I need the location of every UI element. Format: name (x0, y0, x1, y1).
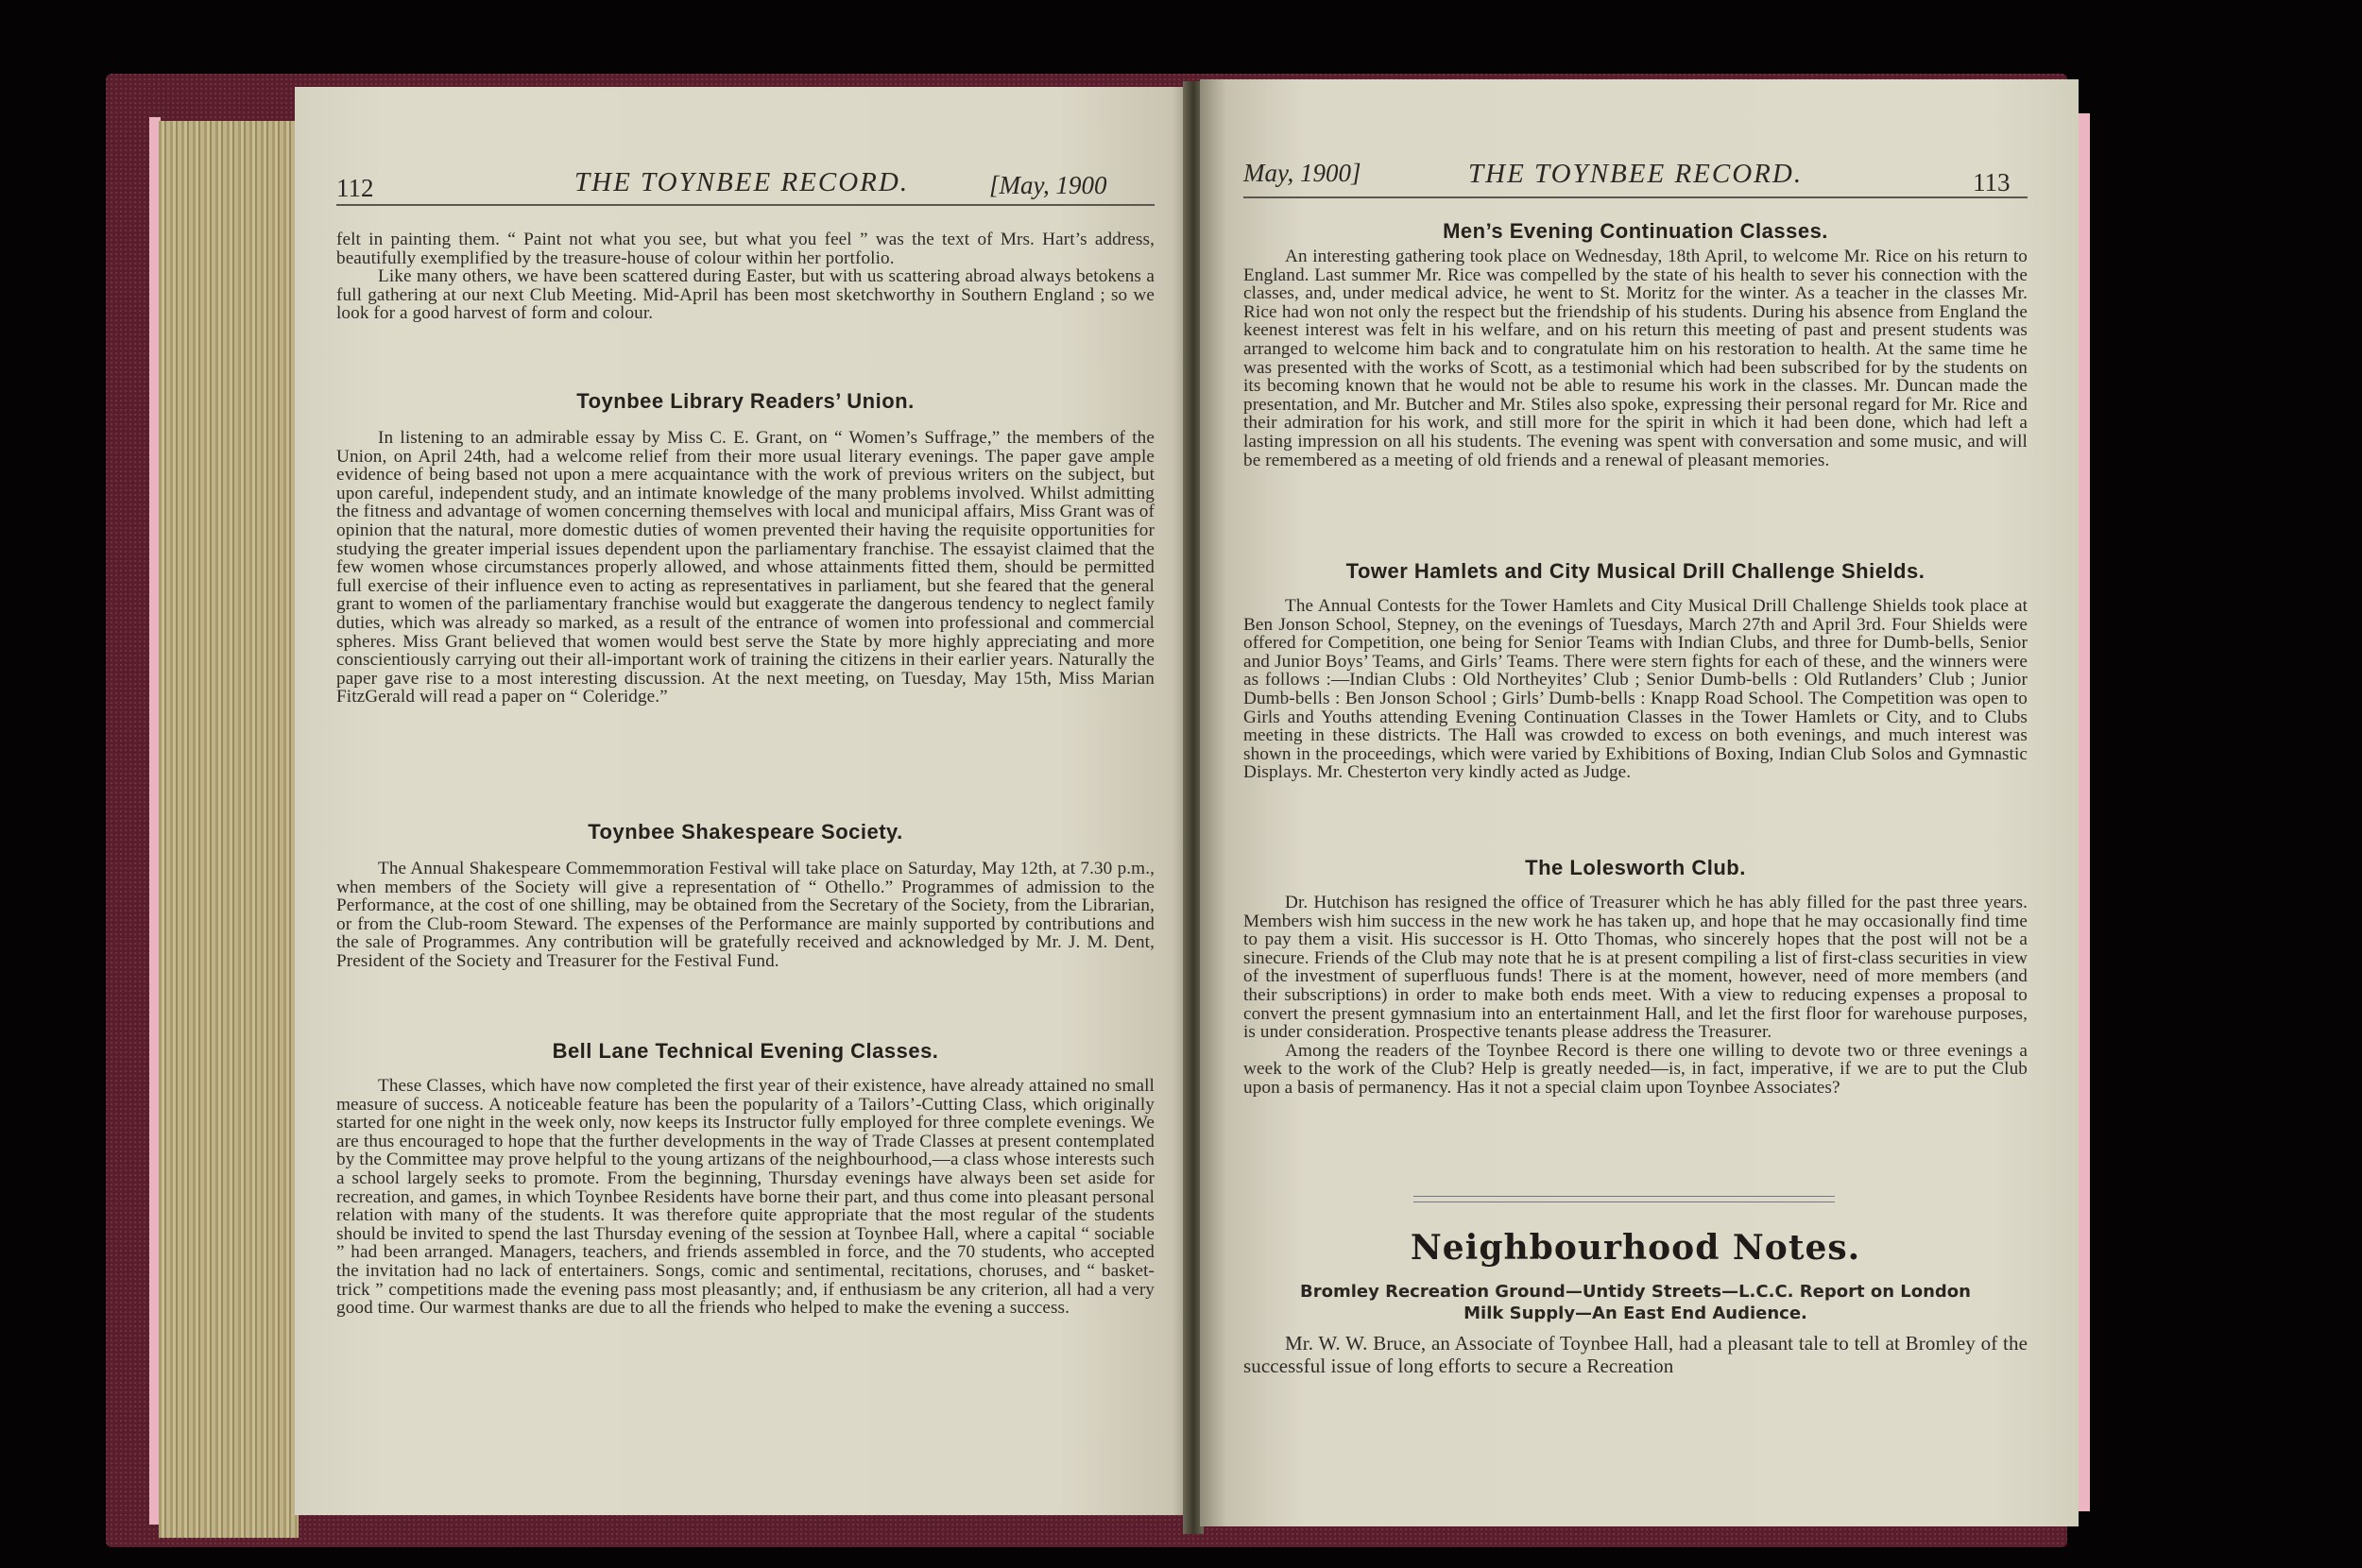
paragraph: The Annual Shakespeare Commemmoration Fe… (336, 860, 1155, 971)
section-text: An interesting gathering took place on W… (1243, 247, 2028, 469)
header-rule (1243, 196, 2028, 198)
section-text: The Annual Contests for the Tower Hamlet… (1243, 597, 2028, 782)
page-number: 113 (1973, 168, 2011, 197)
section-text: In listening to an admirable essay by Mi… (336, 429, 1155, 707)
section-heading: Bell Lane Technical Evening Classes. (336, 1039, 1155, 1064)
section-text: Dr. Hutchison has resigned the office of… (1243, 894, 2028, 1098)
paragraph: The Annual Contests for the Tower Hamlet… (1243, 597, 2028, 782)
intro-text: felt in painting them. “ Paint not what … (336, 230, 1155, 323)
paragraph: These Classes, which have now completed … (336, 1077, 1155, 1318)
paragraph: Like many others, we have been scattered… (336, 267, 1155, 323)
section-text: The Annual Shakespeare Commemmoration Fe… (336, 860, 1155, 971)
paragraph: An interesting gathering took place on W… (1243, 247, 2028, 469)
left-page-stack (159, 121, 299, 1538)
neighbourhood-subheading: Bromley Recreation Ground—Untidy Streets… (1281, 1281, 1990, 1324)
right-page-edge (2077, 113, 2090, 1511)
paragraph: Mr. W. W. Bruce, an Associate of Toynbee… (1243, 1332, 2028, 1377)
issue-date: May, 1900] (1243, 159, 1361, 188)
paragraph: In listening to an admirable essay by Mi… (336, 429, 1155, 707)
paragraph: felt in painting them. “ Paint not what … (336, 230, 1155, 267)
left-page: 112 THE TOYNBEE RECORD. [May, 1900 felt … (295, 87, 1190, 1515)
section-heading: Toynbee Shakespeare Society. (336, 820, 1155, 844)
issue-date: [May, 1900 (989, 171, 1107, 200)
paragraph: Among the readers of the Toynbee Record … (1243, 1042, 2028, 1098)
running-title: THE TOYNBEE RECORD. (574, 167, 909, 198)
right-page: May, 1900] THE TOYNBEE RECORD. 113 Men’s… (1200, 79, 2079, 1526)
neighbourhood-text: Mr. W. W. Bruce, an Associate of Toynbee… (1243, 1332, 2028, 1377)
section-divider (1413, 1196, 1835, 1202)
section-heading: Men’s Evening Continuation Classes. (1243, 219, 2028, 244)
page-number: 112 (336, 174, 374, 203)
section-heading: Toynbee Library Readers’ Union. (336, 389, 1155, 414)
section-heading: Tower Hamlets and City Musical Drill Cha… (1243, 559, 2028, 584)
section-heading: The Lolesworth Club. (1243, 856, 2028, 880)
paragraph: Dr. Hutchison has resigned the office of… (1243, 894, 2028, 1042)
neighbourhood-heading: Neighbourhood Notes. (1243, 1228, 2028, 1268)
running-title: THE TOYNBEE RECORD. (1468, 159, 1803, 190)
section-text: These Classes, which have now completed … (336, 1077, 1155, 1318)
header-rule (336, 204, 1155, 206)
